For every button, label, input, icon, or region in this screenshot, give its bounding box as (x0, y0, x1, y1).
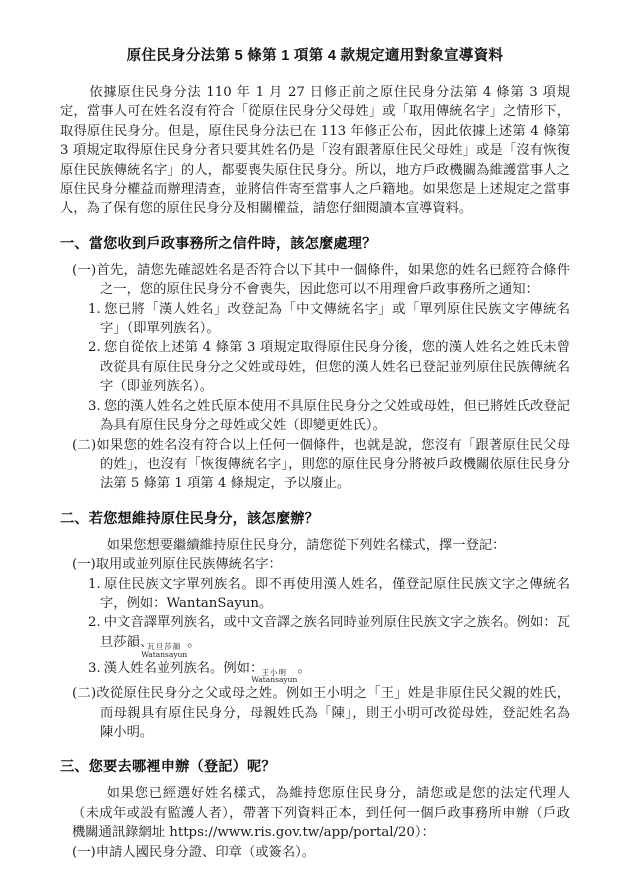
intro-paragraph: 依據原住民身分法 110 年 1 月 27 日修正前之原住民身分法第 4 條第 … (60, 83, 570, 219)
list-item-text: 取用或並列原住民族傳統名字： (96, 557, 282, 572)
section-3-lead: 如果您已經選好姓名樣式，為維持您原住民身分，請您或是您的法定代理人（未成年或設有… (72, 784, 570, 842)
list-item-marker: (一) (72, 845, 96, 860)
list-item: 1.您已將「漢人姓名」改登記為「中文傳統名字」或「單列原住民族文字傳統名字」（即… (60, 300, 570, 339)
list-item: 1.原住民族文字單列族名。即不再使用漢人姓名，僅登記原住民族文字之傳統名字，例如… (60, 575, 570, 614)
list-item-text: 申請人國民身分證、印章（或簽名）。 (96, 845, 315, 860)
section-2-heading: 二、若您想維持原住民身分，該怎麼辦？ (60, 509, 570, 529)
section-1-heading: 一、當您收到戶政事務所之信件時，該怎麼處理？ (60, 234, 570, 254)
stacked-name-roman: Watansayun (153, 651, 187, 659)
list-item-text: 您的漢人姓名之姓氏原本使用不具原住民身分之父姓或母姓，但已將姓氏改登記為具有原住… (100, 399, 570, 433)
list-item-text: 您已將「漢人姓名」改登記為「中文傳統名字」或「單列原住民族文字傳統名字」（即單列… (100, 302, 570, 336)
list-item-text: 您自從依上述第 4 條第 3 項規定取得原住民身分後，您的漢人姓名之姓氏未曾改從… (100, 340, 570, 394)
list-item-marker: (二) (72, 686, 96, 701)
list-item-marker: 3. (88, 399, 101, 414)
list-item: (一)申請人國民身分證、印章（或簽名）。 (60, 843, 570, 862)
list-item-marker: (一) (72, 263, 96, 278)
list-item-marker: 2. (88, 340, 101, 355)
list-item: (一)取用或並列原住民族傳統名字： (60, 555, 570, 574)
list-item-text: 原住民族文字單列族名。即不再使用漢人姓名，僅登記原住民族文字之傳統名字，例如：W… (100, 577, 570, 611)
stacked-name: 瓦旦莎韻Watansayun (153, 643, 187, 659)
list-item-marker: (二) (72, 438, 96, 453)
list-item-text: 首先，請您先確認姓名是否符合以下其中一個條件，如果您的姓名已經符合條件之一，您的… (96, 263, 570, 297)
stacked-name: 王小明Watansayun (263, 669, 297, 685)
list-item-text: 。 (187, 635, 200, 650)
list-item-text: 改從原住民身分之父或母之姓。例如王小明之「王」姓是非原住民父親的姓氏，而母親具有… (96, 686, 570, 740)
list-item: (一)首先，請您先確認姓名是否符合以下其中一個條件，如果您的姓名已經符合條件之一… (60, 261, 570, 300)
list-item: 2.中文音譯單列族名，或中文音譯之族名同時並列原住民族文字之族名。例如：瓦旦莎韻… (60, 613, 570, 658)
list-item-text: 漢人姓名並列族名。例如： (104, 661, 264, 676)
list-item: 2.您自從依上述第 4 條第 3 項規定取得原住民身分後，您的漢人姓名之姓氏未曾… (60, 338, 570, 396)
list-item-marker: 1. (88, 302, 101, 317)
list-item-marker: 3. (88, 661, 101, 676)
document-title: 原住民身分法第 5 條第 1 項第 4 款規定適用對象宣導資料 (60, 46, 570, 66)
list-item: 3.您的漢人姓名之姓氏原本使用不具原住民身分之父姓或母姓，但已將姓氏改登記為具有… (60, 397, 570, 436)
list-item-text: 如果您的姓名沒有符合以上任何一個條件，也就是說，您沒有「跟著原住民父母的姓」，也… (96, 438, 570, 492)
list-item-text: 。 (297, 661, 310, 676)
list-item-marker: 2. (88, 615, 101, 630)
list-item-marker: 1. (88, 577, 101, 592)
document-page: 原住民身分法第 5 條第 1 項第 4 款規定適用對象宣導資料 依據原住民身分法… (0, 0, 627, 879)
section-3-heading: 三、您要去哪裡申辦（登記）呢？ (60, 757, 570, 777)
list-item-marker: (一) (72, 557, 96, 572)
stacked-name-roman: Watansayun (263, 676, 297, 684)
list-item: (二)如果您的姓名沒有符合以上任何一個條件，也就是說，您沒有「跟著原住民父母的姓… (60, 436, 570, 494)
list-item: (二)改從原住民身分之父或母之姓。例如王小明之「王」姓是非原住民父親的姓氏，而母… (60, 684, 570, 742)
list-item: 3.漢人姓名並列族名。例如：王小明Watansayun。 (60, 659, 570, 685)
section-2-lead: 如果您想要繼續維持原住民身分，請您從下列姓名樣式，擇一登記： (72, 536, 570, 555)
